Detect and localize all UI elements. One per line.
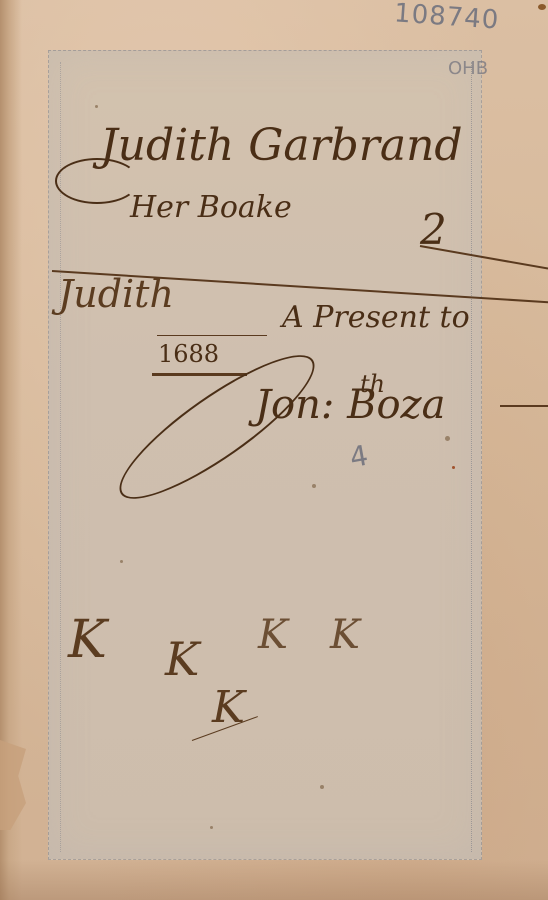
foxing-dot	[452, 466, 455, 469]
foxing-dot	[538, 4, 546, 10]
signature-tail	[500, 405, 548, 407]
year-text: 1688	[158, 340, 219, 368]
manuscript-page: 108740 ОНВ Judith Garbrand Her Boake 2 J…	[0, 0, 548, 900]
catalog-subcode: ОНВ	[448, 58, 488, 79]
foxing-dot	[210, 826, 213, 829]
foxing-dot	[312, 484, 316, 488]
year-overline	[157, 335, 267, 336]
torn-edge	[0, 740, 26, 830]
foxing-dot	[445, 436, 450, 441]
foxing-dot	[95, 105, 98, 108]
practice-letter-k: K	[68, 610, 107, 670]
practice-letter-k: K	[330, 612, 360, 658]
year-underline	[152, 373, 247, 376]
name-repeat: Judith	[58, 272, 174, 316]
present-to-text: A Present to	[282, 300, 470, 335]
foxing-dot	[120, 560, 123, 563]
owner-name: Judith Garbrand	[100, 120, 463, 171]
foxing-stain	[0, 860, 548, 900]
foxing-dot	[320, 785, 324, 789]
practice-letter-k: K	[258, 612, 288, 658]
her-book-text: Her Boake	[130, 190, 292, 225]
catalog-number: 108740	[393, 0, 500, 36]
practice-letter-k: K	[165, 632, 199, 686]
